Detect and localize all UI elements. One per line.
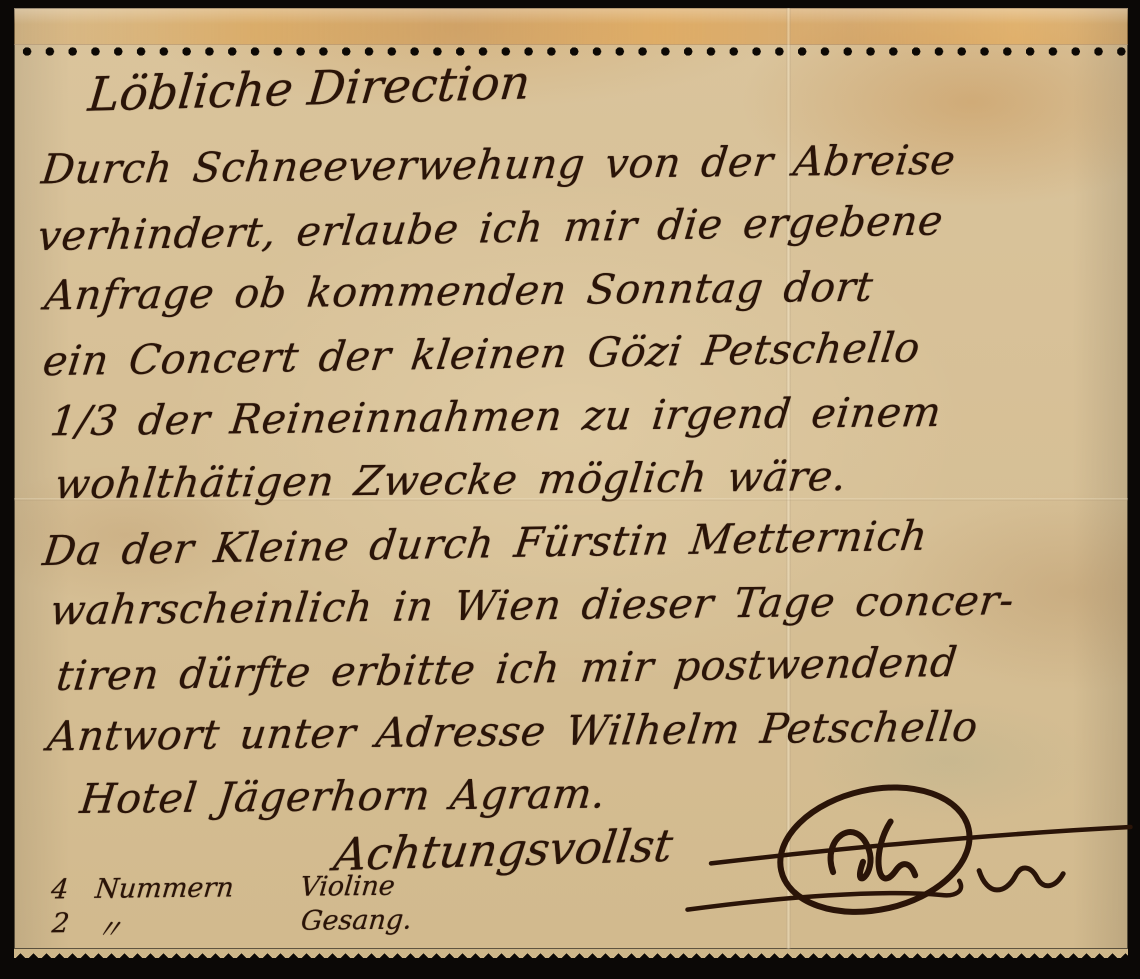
salutation: Löbliche Direction [86,55,533,122]
letter-content: Löbliche Direction Durch Schneeverwehung… [10,1,1134,954]
torn-bottom-edge [14,949,1128,958]
letter-card-paper: Löbliche Direction Durch Schneeverwehung… [14,8,1128,949]
signature-flourish [682,771,1134,951]
category: Gesang. [299,905,413,945]
quantity: 4 [50,874,97,905]
letter-body: Durch Schneeverwehung von der Abreise ve… [29,127,1122,831]
postscript-note: 4 Nummern Violine 2 〃 Gesang. [51,871,412,948]
unit: Nummern [94,872,302,905]
scanned-letter: Löbliche Direction Durch Schneeverwehung… [0,0,1140,979]
body-line: Antwort unter Adresse Wilhelm Petschello [44,694,1125,768]
category: Violine [299,871,396,903]
postscript-row: 2 〃 Gesang. [50,905,413,948]
ditto-mark: 〃 [94,906,303,947]
body-line: 1/3 der Reineinnahmen zu irgend einem [47,379,1122,453]
quantity: 2 [50,908,98,948]
postscript-row: 4 Nummern Violine [50,871,413,906]
